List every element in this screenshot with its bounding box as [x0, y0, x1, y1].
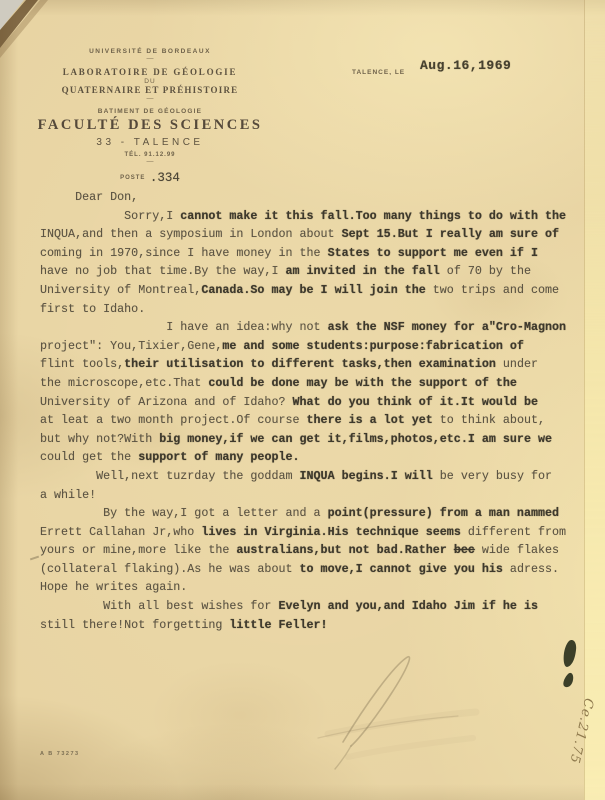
letter-line: could get the support of many people.	[40, 448, 588, 467]
letterhead-faculty: FACULTÉ DES SCIENCES	[30, 117, 270, 134]
letterhead: UNIVERSITÉ DE BORDEAUX — LABORATOIRE DE …	[30, 48, 270, 186]
dateline-date: Aug.16,1969	[420, 58, 511, 73]
letter-line: I have an idea:why not ask the NSF money…	[40, 318, 588, 337]
letter-line: flint tools,their utilisation to differe…	[40, 355, 588, 374]
letter-line: (collateral flaking).As he was about to …	[40, 560, 588, 579]
letterhead-laboratory: LABORATOIRE DE GÉOLOGIE	[30, 67, 270, 77]
letterhead-divider: —	[30, 55, 270, 63]
letterhead-divider: —	[30, 95, 270, 103]
printer-mark: A B 73273	[40, 751, 80, 757]
letter-line: University of Arizona and of Idaho? What…	[40, 393, 588, 412]
ink-blot-mark	[556, 638, 590, 696]
letter-line: have no job that time.By the way,I am in…	[40, 262, 588, 281]
pencil-tick-mark	[30, 556, 39, 561]
letter-line: project": You,Tixier,Gene,me and some st…	[40, 337, 588, 356]
letterhead-divider: —	[30, 158, 270, 166]
letter-line: coming in 1970,since I have money in the…	[40, 244, 588, 263]
letter-line: still there!Not forgetting little Feller…	[40, 616, 588, 635]
letterhead-city: 33 - TALENCE	[30, 137, 270, 148]
poste-label: POSTE	[120, 175, 145, 181]
letterhead-university: UNIVERSITÉ DE BORDEAUX	[30, 48, 270, 55]
scanned-letter-page: { "letterhead": { "university": "UNIVERS…	[0, 0, 605, 800]
letterhead-building: BATIMENT DE GÉOLOGIE	[30, 108, 270, 115]
letterhead-poste: POSTE .334	[30, 168, 270, 186]
letter-line: Sorry,I cannot make it this fall.Too man…	[40, 207, 588, 226]
letter-line: the microscope,etc.That could be done ma…	[40, 374, 588, 393]
letter-line: first to Idaho.	[40, 300, 588, 319]
dateline-place-label: TALENCE, LE	[352, 69, 405, 76]
letter-body: Dear Don, Sorry,I cannot make it this fa…	[40, 188, 588, 634]
letter-line: By the way,I got a letter and a point(pr…	[40, 504, 588, 523]
letterhead-laboratory-quaternaire: QUATERNAIRE ET PRÉHISTOIRE	[30, 85, 270, 95]
letter-line: Dear Don,	[40, 188, 588, 207]
letter-line: at leat a two month project.Of course th…	[40, 411, 588, 430]
letter-line: a while!	[40, 486, 588, 505]
poste-number: .334	[150, 171, 180, 185]
letter-line: Errett Callahan Jr,who lives in Virginia…	[40, 523, 588, 542]
letterhead-laboratory-du: DU	[30, 78, 270, 85]
signature-scribble	[288, 642, 498, 772]
letter-line: but why not?With big money,if we can get…	[40, 430, 588, 449]
letter-line: INQUA,and then a symposium in London abo…	[40, 225, 588, 244]
letter-line: yours or mine,more like the australians,…	[40, 541, 588, 560]
letter-line: Hope he writes again.	[40, 578, 588, 597]
letter-line: With all best wishes for Evelyn and you,…	[40, 597, 588, 616]
letter-line: University of Montreal,Canada.So may be …	[40, 281, 588, 300]
letter-line: Well,next tuzrday the goddam INQUA begin…	[40, 467, 588, 486]
